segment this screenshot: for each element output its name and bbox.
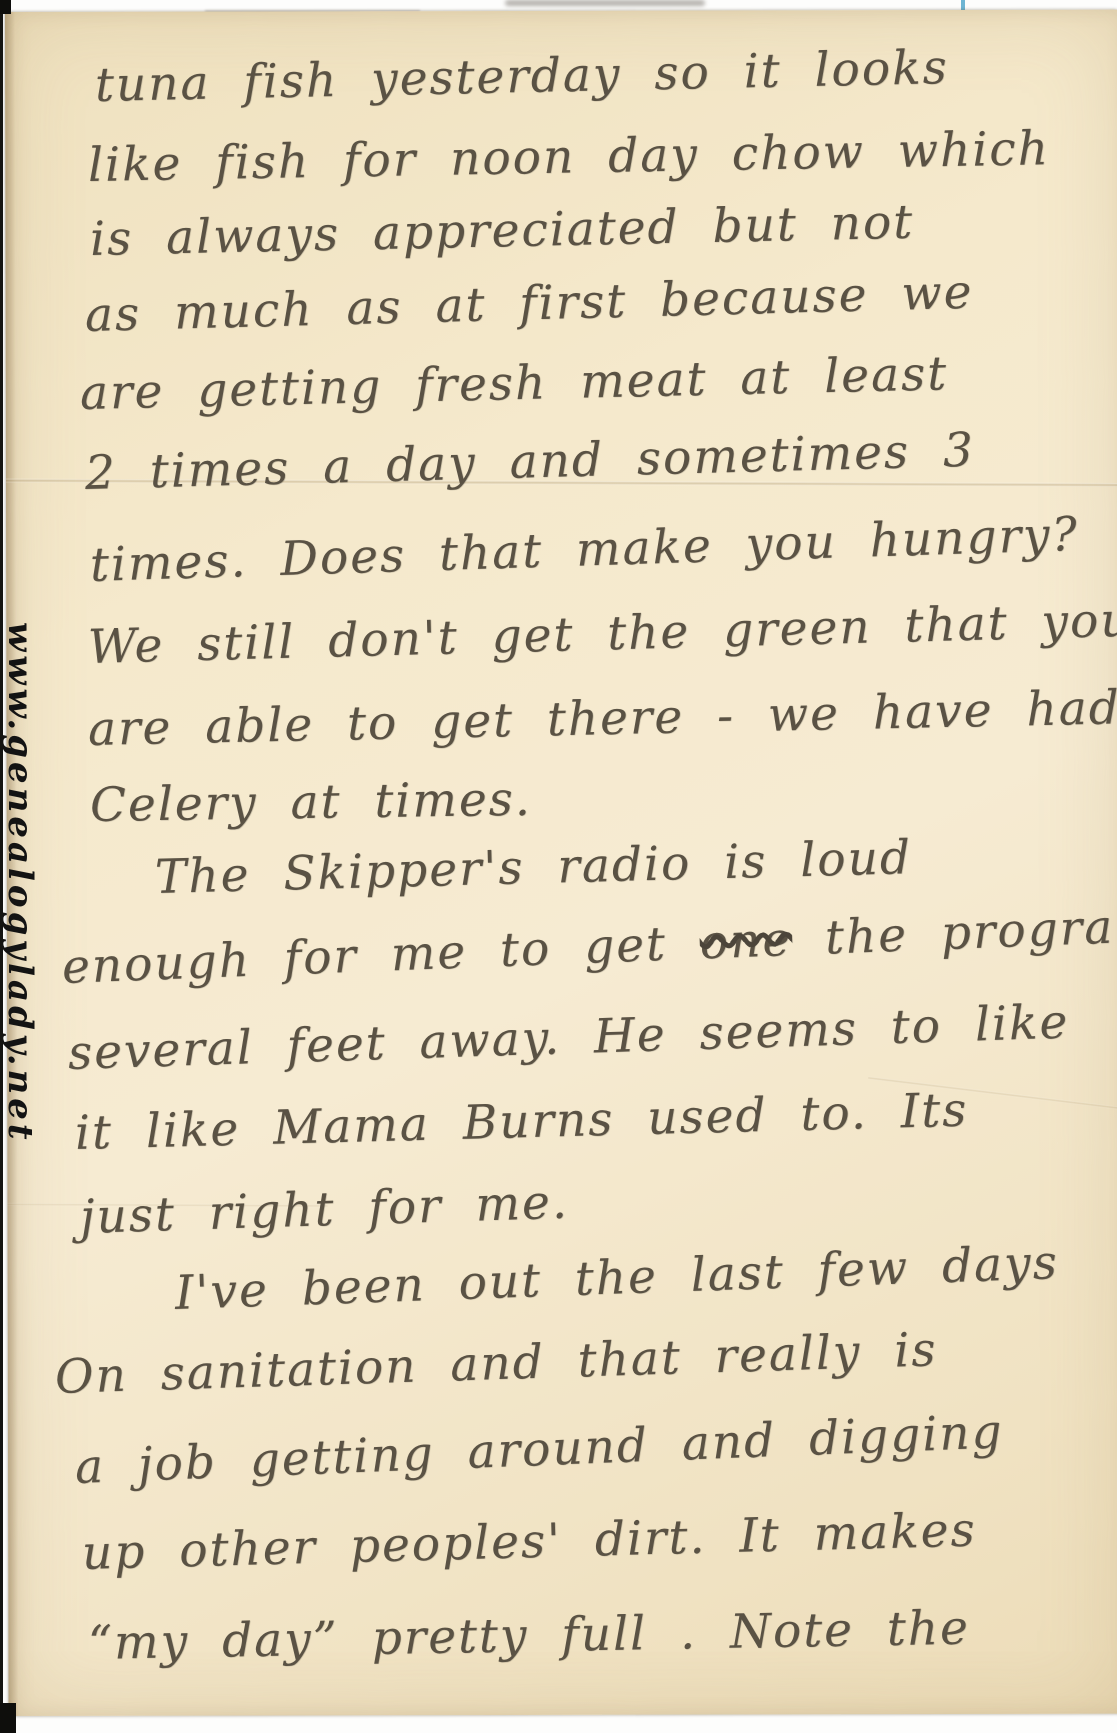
scanner-corner-mark-top <box>0 0 11 14</box>
scanner-smudge-artifact <box>505 0 705 6</box>
watermark-text: www.genealogylady.net <box>0 622 40 1144</box>
letter-line-10: Celery at times. <box>90 772 533 833</box>
scanner-edge-line <box>0 0 3 1733</box>
scanner-corner-mark-bottom <box>0 1703 16 1733</box>
crossed-out-word: one <box>699 912 793 971</box>
scanned-letter-page: www.genealogylady.net tuna fish yesterda… <box>0 0 1117 1733</box>
